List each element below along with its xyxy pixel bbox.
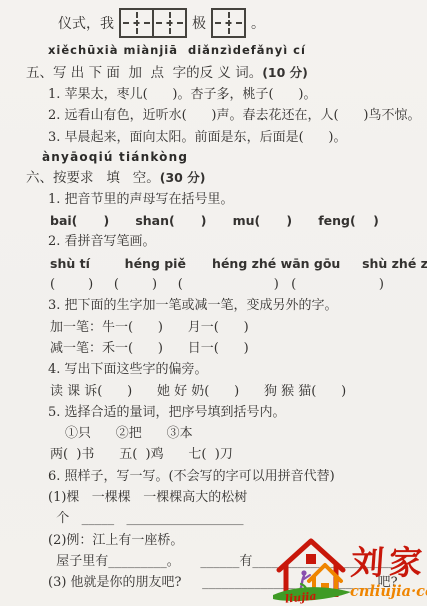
section5-heading: 五、写 出 下 面 加 点 字的反 义 词。(10 分) xyxy=(14,61,423,84)
s6-q2-pinyin-row: shù tí héng piě héng zhé wān gōu shù zhé… xyxy=(14,253,423,274)
s5q2-text: 2. 远看山 xyxy=(48,108,104,123)
s5q1-dotted-char: 多 xyxy=(217,84,230,105)
grid-cell xyxy=(152,8,187,38)
s5q1-text: 1. 苹果 xyxy=(48,87,91,102)
s6-question-1: 1. 把音节里的声母写在括号里。 xyxy=(14,189,423,210)
section5-score: (10 分) xyxy=(262,65,308,80)
s5-question-1: 1. 苹果大，枣儿( )。杏子多，桃子( )。 xyxy=(14,84,423,105)
s6-q4-radical-row: 读 课 诉( ) 她 好 奶( ) 狗 猴 猫( ) xyxy=(14,381,423,402)
s6-q6-example-1: (1)棵 一棵棵 一棵棵高大的松树 xyxy=(14,487,423,508)
s5-question-2: 2. 远看山有色，近听水( )声。春去花还在，人( )鸟不惊。 xyxy=(14,105,423,126)
s5q1-text: ，枣儿( )。杏子 xyxy=(104,87,217,102)
s6-q6-answer-1: 个 _____ __________________ xyxy=(14,508,423,529)
section6-pinyin: ànyāoqiú tiánkòng xyxy=(14,148,423,166)
s5q2-dotted-char: 去 xyxy=(256,105,269,126)
s5q2-text: 花还在，人( )鸟不惊。 xyxy=(269,108,421,123)
fragment-text-mid: 极 xyxy=(192,16,206,32)
s6-question-3: 3. 把下面的生字加一笔或减一笔，变成另外的字。 xyxy=(14,295,423,316)
fragment-text-pre: 仪式，我 xyxy=(58,16,114,32)
grass-script-text: liujia xyxy=(284,589,317,604)
s6-q2-bracket-row: ( ) ( ) ( ) ( ) xyxy=(14,274,423,295)
s6-q3-remove-stroke-row: 减一笔：禾一( ) 日一( ) xyxy=(14,338,423,359)
grid-cell xyxy=(211,8,246,38)
grid-cell xyxy=(119,8,154,38)
exam-paper-page: 仪式，我极。 xiěchūxià miànjiā diǎnzìdefǎnyì c… xyxy=(0,0,427,606)
s5-question-3: 3. 早晨起来，面向太阳。前面是东，后面是( )。 xyxy=(14,127,423,148)
fragment-text-end: 。 xyxy=(251,16,265,32)
s5q1-dotted-char: 大 xyxy=(91,84,104,105)
s6-question-2: 2. 看拼音写笔画。 xyxy=(14,231,423,252)
s5q3-text: 3. 早晨起来，面向太阳。前面是 xyxy=(48,130,234,145)
s6-q5-answer-row: 两( )书 五( )鸡 七( )刀 xyxy=(14,444,423,465)
section6-heading: 六、按要求 填 空。(30 分) xyxy=(14,166,423,189)
brand-domain: cnliujia·com xyxy=(350,583,427,600)
section5-heading-text: 五、写 出 下 面 加 点 字的反 义 词。 xyxy=(26,65,262,81)
fragment-line: 仪式，我极。 xyxy=(14,6,423,43)
s5q2-dotted-char: 有 xyxy=(104,105,117,126)
section6-heading-text: 六、按要求 填 空。 xyxy=(26,170,160,186)
s6-q5-options-row: ①只 ②把 ③本 xyxy=(14,423,423,444)
s6-question-4: 4. 写出下面这些字的偏旁。 xyxy=(14,359,423,380)
writing-grid-single xyxy=(211,8,246,38)
s5q3-text: ，后面是( )。 xyxy=(247,130,347,145)
s5q2-text: 色，近听水( )声。春 xyxy=(117,108,256,123)
section6-score: (30 分) xyxy=(160,170,206,185)
s6-question-5: 5. 选择合适的量词，把序号填到括号内。 xyxy=(14,402,423,423)
watermark-logo: liujia 刘家 cnliujia·com xyxy=(271,534,427,604)
brand-name: 刘家 xyxy=(350,543,427,582)
s6-question-6: 6. 照样子，写一写。(不会写的字可以用拼音代替) xyxy=(14,466,423,487)
exam-content: 仪式，我极。 xiěchūxià miànjiā diǎnzìdefǎnyì c… xyxy=(14,6,423,594)
s6-q1-syllable-row: bai( ) shan( ) mu( ) feng( ) xyxy=(14,210,423,231)
writing-grid-double xyxy=(119,8,187,38)
s5q3-dotted-char: 东 xyxy=(234,127,247,148)
s5q1-text: ，桃子( )。 xyxy=(230,87,317,102)
section5-pinyin: xiěchūxià miànjiā diǎnzìdefǎnyì cí xyxy=(14,43,423,61)
s6-q3-add-stroke-row: 加一笔：牛一( ) 月一( ) xyxy=(14,317,423,338)
